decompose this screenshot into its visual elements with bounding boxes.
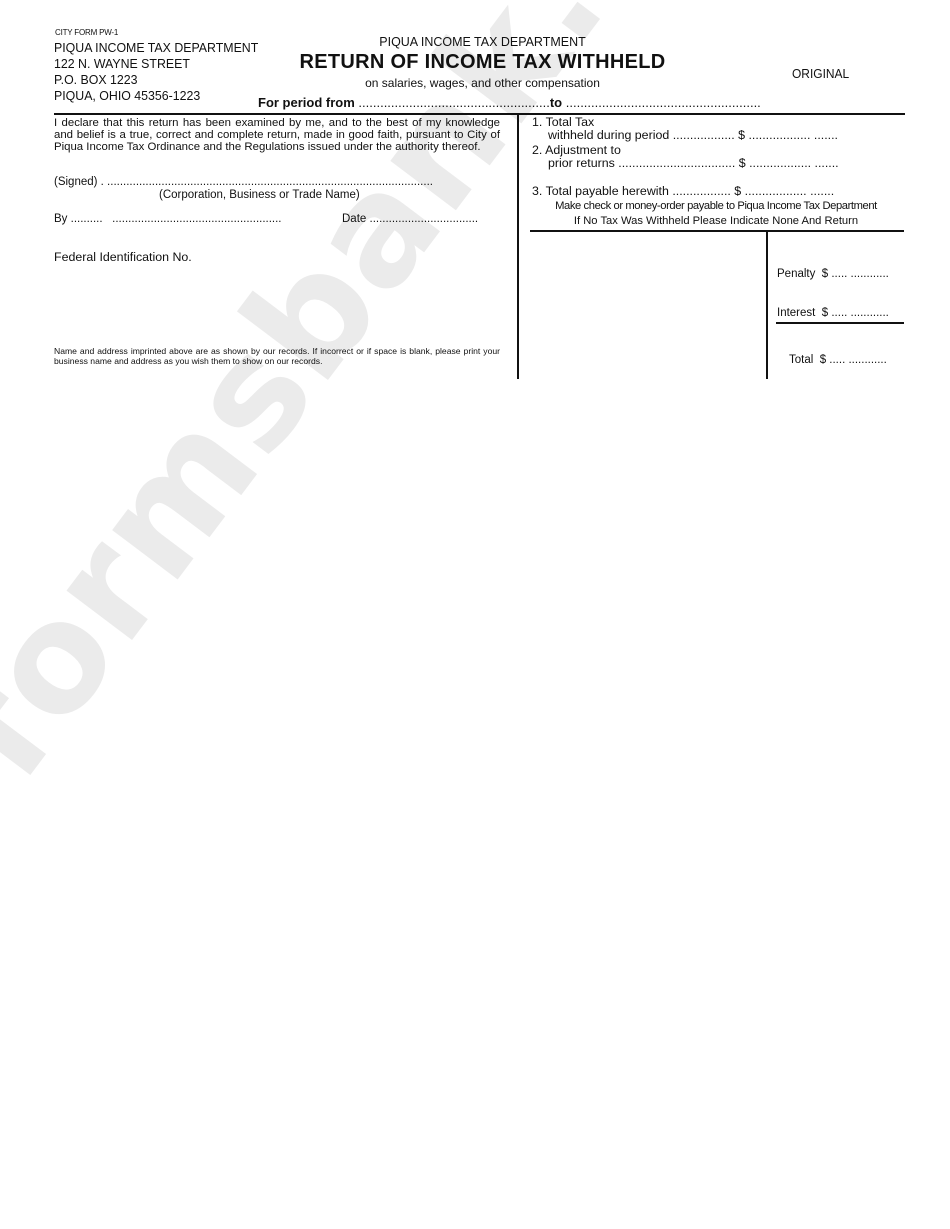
penalty-label: Penalty (777, 268, 815, 280)
signed-caption: (Corporation, Business or Trade Name) (159, 189, 360, 201)
department-name: PIQUA INCOME TAX DEPARTMENT (298, 34, 668, 49)
line-3-row: 3. Total payable herewith ..............… (532, 184, 834, 198)
by-field[interactable]: .......... .............................… (71, 213, 282, 225)
line-1-field[interactable]: .................. ....... (748, 128, 838, 142)
period-from-label: For period from (258, 95, 355, 110)
signed-row: (Signed) . .............................… (54, 176, 433, 188)
interest-field[interactable]: ..... ............ (831, 307, 889, 319)
period-to-label: to (550, 95, 562, 110)
address-line-1: PIQUA INCOME TAX DEPARTMENT (54, 40, 258, 55)
line-2-field[interactable]: .................. ....... (749, 156, 839, 170)
form-code: CITY FORM PW-1 (55, 28, 118, 37)
signed-field[interactable]: . ......................................… (101, 176, 433, 188)
date-row: Date .................................. (342, 213, 478, 225)
copy-label: ORIGINAL (792, 66, 849, 81)
line-2-label: 2. Adjustment to (532, 143, 621, 157)
line-3-field[interactable]: .................. ....... (745, 184, 835, 198)
line-2-row: prior returns ..........................… (548, 156, 839, 170)
form-subtitle: on salaries, wages, and other compensati… (290, 76, 675, 90)
line-1-label: 1. Total Tax (532, 115, 594, 129)
line-2-currency: $ (739, 156, 746, 170)
interest-currency: $ (822, 307, 828, 319)
penalty-currency: $ (822, 268, 828, 280)
date-field[interactable]: .................................. (370, 213, 479, 225)
total-label: Total (789, 354, 813, 366)
period-row: For period from ........................… (258, 95, 761, 110)
federal-id-label: Federal Identification No. (54, 250, 192, 264)
period-to-field[interactable]: ........................................… (566, 95, 761, 110)
total-row: Total $ ..... ............ (789, 354, 887, 366)
line-1-row: withheld during period .................… (548, 128, 838, 142)
line-3-currency: $ (734, 184, 741, 198)
top-rule (54, 113, 905, 115)
declaration-text: I declare that this return has been exam… (54, 117, 500, 154)
payment-rule (530, 230, 904, 232)
center-divider (517, 114, 519, 379)
no-tax-note: If No Tax Was Withheld Please Indicate N… (530, 215, 902, 227)
penalty-row: Penalty $ ..... ............ (777, 268, 889, 280)
form-page: CITY FORM PW-1 PIQUA INCOME TAX DEPARTME… (0, 0, 950, 1229)
address-line-3: P.O. BOX 1223 (54, 72, 138, 87)
charges-divider (766, 231, 768, 379)
by-row: By .......... ..........................… (54, 213, 282, 225)
signed-label: (Signed) (54, 176, 97, 188)
form-title: RETURN OF INCOME TAX WITHHELD (290, 51, 675, 74)
payment-note: Make check or money-order payable to Piq… (530, 200, 902, 212)
interest-label: Interest (777, 307, 815, 319)
federal-id-field[interactable] (54, 266, 494, 326)
penalty-field[interactable]: ..... ............ (831, 268, 889, 280)
address-line-2: 122 N. WAYNE STREET (54, 56, 190, 71)
interest-row: Interest $ ..... ............ (777, 307, 889, 319)
line-1-currency: $ (738, 128, 745, 142)
total-field[interactable]: ..... ............ (829, 354, 887, 366)
by-label: By (54, 213, 67, 225)
address-line-4: PIQUA, OHIO 45356-1223 (54, 88, 200, 103)
date-label: Date (342, 213, 366, 225)
records-note: Name and address imprinted above are as … (54, 346, 500, 366)
period-from-field[interactable]: ........................................… (358, 95, 549, 110)
total-currency: $ (820, 354, 826, 366)
interest-rule (776, 322, 904, 324)
